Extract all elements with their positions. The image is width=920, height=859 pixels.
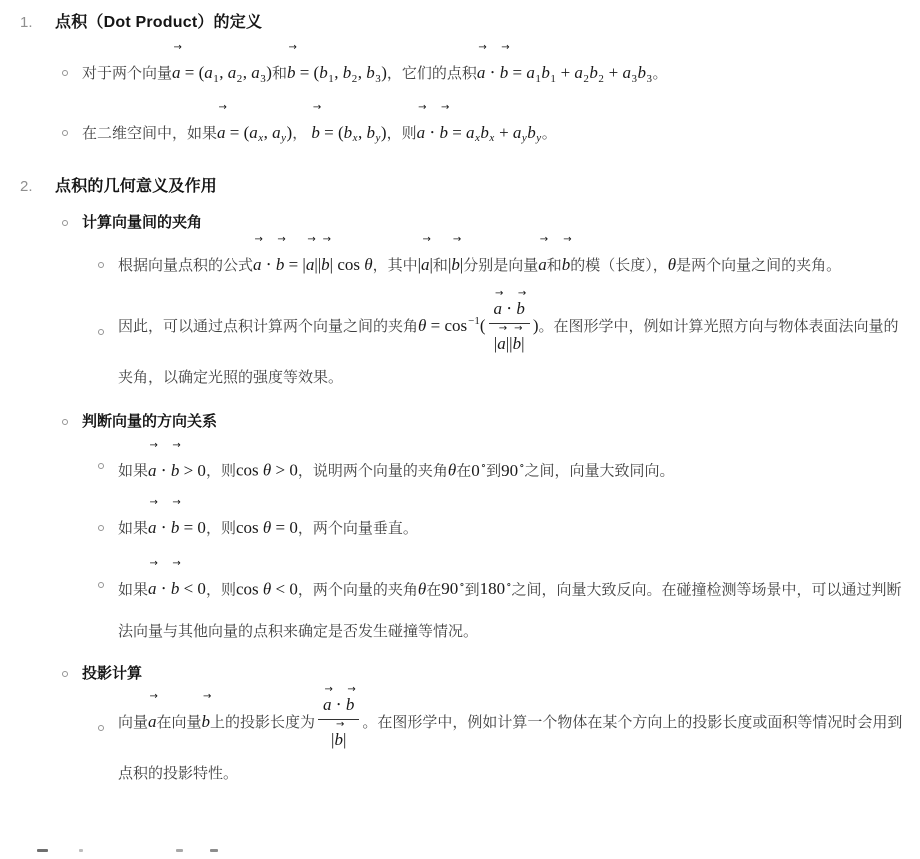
text-run: 计算向量间的夹角 — [82, 214, 202, 231]
vector-arrow-icon: → — [172, 441, 180, 451]
text-run: ，它们的点积 — [387, 65, 477, 82]
math-vector: b→ — [171, 507, 180, 549]
list-item: 因此，可以通过点积计算两个向量之间的夹角θ = cos−1(a→ ⋅ b→|a→… — [20, 297, 906, 399]
math-vector: a→ — [172, 52, 181, 94]
math-subscript: y — [536, 132, 541, 144]
bullet-circle — [62, 70, 68, 76]
math-text: , — [264, 123, 273, 142]
numbered-heading: 2.点积的几何意义及作用 — [20, 174, 906, 200]
math-greek-theta: θ — [263, 579, 271, 598]
bullet-circle — [98, 525, 104, 531]
document-body: 1.点积（Dot Product）的定义对于两个向量a→ = (a1, a2, … — [0, 0, 920, 795]
math-subscript: x — [258, 132, 263, 144]
math-subscript: 1 — [535, 73, 541, 85]
math-subscript: 2 — [352, 73, 358, 85]
math-text: || — [314, 255, 321, 274]
math-subscript: y — [376, 132, 381, 144]
text-run: 因此，可以通过点积计算两个向量之间的夹角 — [118, 318, 418, 335]
vector-arrow-icon: → — [174, 43, 182, 53]
math-variable: b — [638, 63, 647, 82]
math-variable: a — [251, 63, 260, 82]
math-function: cos — [236, 579, 259, 598]
math-variable: b — [480, 123, 489, 142]
math-text: 180 — [480, 579, 506, 598]
bullet-circle — [62, 130, 68, 136]
vector-letter: a — [494, 299, 503, 318]
vector-arrow-icon: → — [255, 235, 263, 245]
list-item-content: 投影计算 — [82, 659, 906, 689]
text-run: 是两个向量之间的夹角。 — [676, 257, 841, 274]
math-text: , — [334, 63, 343, 82]
vector-arrow-icon: → — [219, 103, 227, 113]
numbered-heading: 1.点积（Dot Product）的定义 — [20, 10, 906, 36]
list-number: 1. — [20, 10, 55, 36]
list-item-content: 根据向量点积的公式a→ ⋅ b→ = |a→||b→| cos θ，其中|a→|… — [118, 244, 906, 287]
text-run: 如果 — [118, 463, 148, 480]
list-item-content: 如果a→ ⋅ b→ = 0，则cos θ = 0，两个向量垂直。 — [118, 507, 906, 550]
text-run: ，其中 — [373, 257, 418, 274]
text-run: 之间，向量大致同向。 — [525, 463, 675, 480]
list-item-content: 在二维空间中，如果a→ = (ax, ay)， b→ = (bx, by)，则a… — [82, 112, 906, 160]
heading-title: 点积（Dot Product）的定义 — [55, 10, 262, 36]
math-vector: a→ — [538, 244, 547, 286]
vector-arrow-icon: → — [453, 235, 461, 245]
math-formula: a→ = (a1, a2, a3) — [172, 63, 272, 82]
math-text: < 0 — [179, 579, 206, 598]
math-text: + — [604, 63, 622, 82]
math-function: cos — [444, 316, 467, 335]
list-item-content: 因此，可以通过点积计算两个向量之间的夹角θ = cos−1(a→ ⋅ b→|a→… — [118, 297, 906, 399]
cutoff-text-fragment — [79, 849, 83, 852]
math-vector: b→ — [311, 112, 320, 154]
fraction-numerator: a→ ⋅ b→ — [318, 693, 359, 719]
math-text: = 0 — [179, 518, 206, 537]
bullet-circle — [98, 329, 104, 335]
list-item: 在二维空间中，如果a→ = (ax, ay)， b→ = (bx, by)，则a… — [20, 112, 906, 160]
vector-letter: b — [171, 518, 180, 537]
math-formula: a→ ⋅ b→ = 0 — [148, 518, 206, 537]
vector-arrow-icon: → — [277, 235, 285, 245]
math-vector: a→ — [497, 333, 506, 356]
vector-letter: a — [497, 334, 506, 353]
vector-letter: b — [311, 123, 320, 142]
vector-arrow-icon: → — [501, 43, 509, 53]
math-vector: b→ — [171, 450, 180, 492]
vector-arrow-icon: → — [323, 235, 331, 245]
math-formula: cos θ < 0 — [236, 579, 298, 598]
vector-letter: b — [451, 255, 460, 274]
math-text: < 0 — [271, 579, 298, 598]
math-greek-theta: θ — [364, 255, 372, 274]
math-vector: a→ — [323, 694, 332, 717]
math-variable: a — [623, 63, 632, 82]
math-variable: a — [574, 63, 583, 82]
bullet-circle — [98, 582, 104, 588]
bullet-circle — [62, 220, 68, 226]
math-text: ⋅ — [502, 299, 516, 318]
math-variable: b — [366, 63, 375, 82]
vector-letter: a — [417, 123, 426, 142]
list-item: 投影计算 — [20, 659, 906, 689]
math-variable: a — [204, 63, 213, 82]
vector-letter: b — [287, 63, 296, 82]
math-formula: b→ = (b1, b2, b3) — [287, 63, 387, 82]
fraction-denominator: |b→| — [326, 720, 351, 753]
math-variable: a — [513, 123, 522, 142]
math-variable: b — [367, 123, 376, 142]
math-formula: cos θ = 0 — [236, 518, 298, 537]
math-text: = ( — [295, 63, 319, 82]
bullet-circle — [62, 671, 68, 677]
math-text: 90 — [501, 461, 518, 480]
list-item-content: 对于两个向量a→ = (a1, a2, a3)和b→ = (b1, b2, b3… — [82, 52, 906, 100]
math-vector: b→ — [513, 333, 522, 356]
math-vector: a→ — [217, 112, 226, 154]
text-run: 如果 — [118, 520, 148, 537]
math-greek-theta: θ — [448, 461, 456, 480]
vector-arrow-icon: → — [478, 43, 486, 53]
math-subscript: 3 — [375, 73, 381, 85]
cutoff-text-fragment — [210, 849, 218, 852]
math-text: , — [219, 63, 228, 82]
vector-letter: a — [148, 579, 157, 598]
bullet-icon — [62, 112, 82, 160]
math-text: ⋅ — [157, 518, 171, 537]
math-greek-theta: θ — [668, 255, 676, 274]
vector-arrow-icon: → — [203, 692, 211, 702]
vector-arrow-icon: → — [150, 441, 158, 451]
bullet-icon — [98, 244, 118, 287]
vector-arrow-icon: → — [347, 685, 355, 695]
math-variable: a — [228, 63, 237, 82]
math-variable: b — [319, 63, 328, 82]
bullet-icon — [98, 445, 118, 493]
text-run: 在二维空间中，如果 — [82, 125, 217, 142]
math-variable: b — [527, 123, 536, 142]
text-run: ，则 — [206, 581, 236, 598]
math-subscript: 1 — [213, 73, 219, 85]
text-run: ，则 — [206, 520, 236, 537]
math-formula: 180∘ — [480, 579, 512, 598]
bullet-circle — [98, 262, 104, 268]
text-run: 的模（长度）， — [570, 257, 668, 274]
text-run: 和 — [547, 257, 562, 274]
math-vector: a→ — [306, 244, 315, 286]
math-formula: a→ ⋅ b→ = a1b1 + a2b2 + a3b3 — [477, 63, 653, 82]
vector-letter: b — [500, 63, 509, 82]
math-text: | — [521, 334, 524, 353]
vector-letter: a — [148, 712, 157, 731]
text-run: 上的投影长度为 — [210, 714, 315, 731]
math-function: cos — [236, 461, 259, 480]
text-run: 根据向量点积的公式 — [118, 257, 253, 274]
vector-letter: a — [217, 123, 226, 142]
vector-letter: a — [538, 255, 547, 274]
cutoff-text-fragment — [176, 849, 183, 852]
vector-arrow-icon: → — [336, 720, 344, 730]
vector-arrow-icon: → — [172, 559, 180, 569]
math-text: , — [243, 63, 252, 82]
text-run: 。 — [542, 125, 557, 142]
math-text: , — [358, 63, 367, 82]
math-fraction: a→ ⋅ b→|a→||b→| — [489, 297, 530, 357]
math-variable: a — [249, 123, 258, 142]
math-vector: b→ — [321, 244, 330, 286]
bullet-icon — [62, 407, 82, 437]
vector-arrow-icon: → — [518, 289, 526, 299]
math-variable: a — [466, 123, 475, 142]
math-greek-theta: θ — [418, 579, 426, 598]
vector-arrow-icon: → — [150, 559, 158, 569]
vector-letter: b — [321, 255, 330, 274]
vector-letter: a — [253, 255, 262, 274]
math-variable: b — [344, 123, 353, 142]
text-run: ，则 — [206, 463, 236, 480]
text-run: 和 — [433, 257, 448, 274]
list-item-content: 如果a→ ⋅ b→ < 0，则cos θ < 0，两个向量的夹角θ在90∘到18… — [118, 564, 906, 654]
math-formula: a→ ⋅ b→|b→| — [315, 712, 362, 731]
bullet-circle — [62, 419, 68, 425]
math-vector: a→ — [421, 244, 430, 286]
text-run: 对于两个向量 — [82, 65, 172, 82]
math-variable: a — [526, 63, 535, 82]
math-subscript: y — [281, 132, 286, 144]
text-run: 分别是向量 — [463, 257, 538, 274]
math-function: cos — [337, 255, 360, 274]
list-item: 如果a→ ⋅ b→ < 0，则cos θ < 0，两个向量的夹角θ在90∘到18… — [20, 564, 906, 654]
vector-arrow-icon: → — [563, 235, 571, 245]
vector-letter: b — [202, 712, 211, 731]
math-text: = — [426, 316, 444, 335]
vector-letter: b — [439, 123, 448, 142]
cutoff-text-fragment — [37, 849, 48, 852]
math-subscript: x — [353, 132, 358, 144]
vector-letter: b — [346, 695, 355, 714]
text-run: ，两个向量的夹角 — [298, 581, 418, 598]
vector-arrow-icon: → — [307, 235, 315, 245]
math-formula: θ = cos−1(a→ ⋅ b→|a→||b→|) — [418, 316, 539, 335]
vector-letter: b — [334, 730, 343, 749]
math-text: ⋅ — [157, 579, 171, 598]
list-item: 向量a→在向量b→上的投影长度为a→ ⋅ b→|b→|。在图形学中，例如计算一个… — [20, 693, 906, 795]
math-vector: b→ — [287, 52, 296, 94]
math-function: cos — [236, 518, 259, 537]
math-formula: b→ — [562, 255, 571, 274]
math-text: ( — [480, 316, 486, 335]
vector-arrow-icon: → — [441, 103, 449, 113]
bullet-icon — [62, 52, 82, 100]
math-vector: a→ — [148, 450, 157, 492]
math-vector: b→ — [439, 112, 448, 154]
vector-arrow-icon: → — [514, 324, 522, 334]
vector-arrow-icon: → — [495, 289, 503, 299]
math-vector: a→ — [148, 701, 157, 743]
list-item: 如果a→ ⋅ b→ > 0，则cos θ > 0，说明两个向量的夹角θ在0∘到9… — [20, 445, 906, 493]
math-vector: a→ — [148, 568, 157, 610]
math-text: = — [508, 63, 526, 82]
math-formula: 90∘ — [501, 461, 524, 480]
math-vector: a→ — [253, 244, 262, 286]
vector-arrow-icon: → — [288, 43, 296, 53]
math-text: ⋅ — [425, 123, 439, 142]
math-vector: b→ — [516, 298, 525, 321]
math-formula: a→ — [148, 712, 157, 731]
list-item: 判断向量的方向关系 — [20, 407, 906, 437]
vector-arrow-icon: → — [540, 235, 548, 245]
math-text: 90 — [441, 579, 458, 598]
vector-letter: a — [148, 461, 157, 480]
vector-letter: a — [323, 695, 332, 714]
vector-arrow-icon: → — [150, 498, 158, 508]
math-vector: b→ — [276, 244, 285, 286]
vector-letter: a — [421, 255, 430, 274]
bullet-icon — [62, 208, 82, 238]
text-run: 如果 — [118, 581, 148, 598]
text-run: ， — [292, 125, 311, 142]
math-text: = ( — [226, 123, 250, 142]
math-vector: b→ — [334, 729, 343, 752]
math-text: + — [556, 63, 574, 82]
text-run: ，两个向量垂直。 — [298, 520, 418, 537]
list-item: 对于两个向量a→ = (a1, a2, a3)和b→ = (b1, b2, b3… — [20, 52, 906, 100]
math-formula: a→ = (ax, ay) — [217, 123, 292, 142]
math-formula: 0∘ — [471, 461, 486, 480]
vector-letter: b — [562, 255, 571, 274]
math-text: ⋅ — [332, 695, 346, 714]
list-number: 2. — [20, 174, 55, 200]
text-run: ，则 — [387, 125, 417, 142]
text-run: 到 — [486, 463, 501, 480]
bullet-icon — [62, 659, 82, 689]
vector-letter: b — [516, 299, 525, 318]
text-run: 在 — [426, 581, 441, 598]
math-formula: |b→| — [448, 255, 463, 274]
math-vector: a→ — [477, 52, 486, 94]
fraction-denominator: |a→||b→| — [489, 324, 530, 357]
vector-letter: b — [276, 255, 285, 274]
vector-letter: a — [148, 518, 157, 537]
math-text: ⋅ — [157, 461, 171, 480]
text-run: 。 — [653, 65, 668, 82]
math-text: 0 — [471, 461, 480, 480]
text-run: 投影计算 — [82, 665, 142, 682]
math-variable: b — [343, 63, 352, 82]
vector-letter: b — [171, 461, 180, 480]
math-formula: a→ ⋅ b→ > 0 — [148, 461, 206, 480]
bullet-icon — [98, 297, 118, 399]
vector-arrow-icon: → — [172, 498, 180, 508]
math-vector: b→ — [562, 244, 571, 286]
math-text: || — [506, 334, 513, 353]
math-formula: a→ ⋅ b→ = axbx + ayby — [417, 123, 542, 142]
math-text: > 0 — [179, 461, 206, 480]
math-subscript: 3 — [260, 73, 266, 85]
text-run: 到 — [465, 581, 480, 598]
math-subscript: 1 — [550, 73, 556, 85]
math-formula: 90∘ — [441, 579, 464, 598]
math-vector: a→ — [494, 298, 503, 321]
math-text: | — [343, 730, 346, 749]
math-subscript: x — [489, 132, 494, 144]
math-text: = 0 — [271, 518, 298, 537]
math-superscript: −1 — [468, 315, 480, 327]
bullet-icon — [98, 564, 118, 654]
list-item-content: 向量a→在向量b→上的投影长度为a→ ⋅ b→|b→|。在图形学中，例如计算一个… — [118, 693, 906, 795]
math-greek-theta: θ — [263, 518, 271, 537]
bullet-circle — [98, 725, 104, 731]
vector-letter: b — [513, 334, 522, 353]
heading-title: 点积的几何意义及作用 — [55, 174, 217, 200]
list-item: 计算向量间的夹角 — [20, 208, 906, 238]
list-item: 根据向量点积的公式a→ ⋅ b→ = |a→||b→| cos θ，其中|a→|… — [20, 244, 906, 287]
math-vector: b→ — [346, 694, 355, 717]
math-vector: a→ — [148, 507, 157, 549]
math-vector: b→ — [202, 701, 211, 743]
vector-letter: a — [306, 255, 315, 274]
math-variable: b — [541, 63, 550, 82]
math-formula: |a→| — [418, 255, 433, 274]
math-formula: θ — [668, 255, 676, 274]
math-vector: b→ — [500, 52, 509, 94]
math-text: + — [495, 123, 513, 142]
math-text: , — [358, 123, 367, 142]
math-text: = — [448, 123, 466, 142]
math-subscript: 3 — [647, 73, 653, 85]
bullet-icon — [98, 507, 118, 550]
text-run: 判断向量的方向关系 — [82, 413, 217, 430]
vector-arrow-icon: → — [499, 324, 507, 334]
list-item-content: 计算向量间的夹角 — [82, 208, 906, 238]
list-item-content: 判断向量的方向关系 — [82, 407, 906, 437]
list-item: 如果a→ ⋅ b→ = 0，则cos θ = 0，两个向量垂直。 — [20, 507, 906, 550]
math-text: = ( — [320, 123, 344, 142]
math-text: ⋅ — [485, 63, 499, 82]
math-formula: b→ = (bx, by) — [311, 123, 386, 142]
math-vector: a→ — [417, 112, 426, 154]
vector-arrow-icon: → — [325, 685, 333, 695]
fraction-numerator: a→ ⋅ b→ — [489, 297, 530, 323]
math-formula: θ — [418, 579, 426, 598]
math-fraction: a→ ⋅ b→|b→| — [318, 693, 359, 753]
math-formula: a→ ⋅ b→ = |a→||b→| cos θ — [253, 255, 373, 274]
bullet-circle — [98, 463, 104, 469]
math-text: = ( — [181, 63, 205, 82]
math-text: = | — [284, 255, 306, 274]
text-run: 在向量 — [157, 714, 202, 731]
vector-arrow-icon: → — [150, 692, 158, 702]
math-subscript: 1 — [328, 73, 334, 85]
vector-letter: a — [477, 63, 486, 82]
vector-letter: a — [172, 63, 181, 82]
math-text: > 0 — [271, 461, 298, 480]
text-run: ，说明两个向量的夹角 — [298, 463, 448, 480]
math-subscript: 2 — [237, 73, 243, 85]
vector-arrow-icon: → — [313, 103, 321, 113]
math-text: ⋅ — [262, 255, 276, 274]
text-run: 和 — [272, 65, 287, 82]
vector-arrow-icon: → — [423, 235, 431, 245]
text-run: 向量 — [118, 714, 148, 731]
vector-letter: b — [171, 579, 180, 598]
list-item-content: 如果a→ ⋅ b→ > 0，则cos θ > 0，说明两个向量的夹角θ在0∘到9… — [118, 445, 906, 493]
bullet-icon — [98, 693, 118, 795]
math-formula: a→ ⋅ b→ < 0 — [148, 579, 206, 598]
math-variable: a — [272, 123, 281, 142]
math-formula: θ — [448, 461, 456, 480]
math-formula: b→ — [202, 712, 211, 731]
math-subscript: 3 — [632, 73, 638, 85]
math-greek-theta: θ — [263, 461, 271, 480]
